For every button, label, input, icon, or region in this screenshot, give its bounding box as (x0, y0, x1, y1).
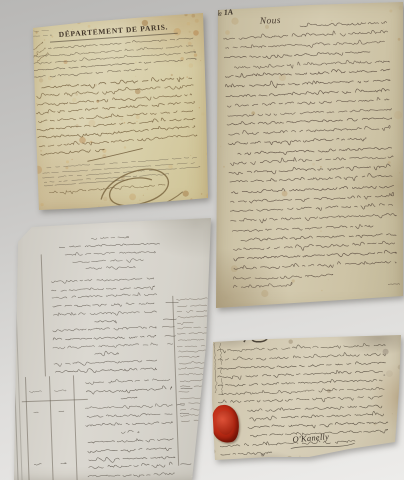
inventory-content (5, 212, 220, 480)
manuscript-document: № 1A Nous (215, 0, 404, 310)
signature-underline-flourish (289, 440, 359, 452)
signature-flourish (83, 159, 190, 214)
printed-form-content: DÉPARTEMENT DE PARIS. (20, 4, 218, 218)
printed-form-document: DÉPARTEMENT DE PARIS. (27, 10, 211, 212)
photo-of-documents: DÉPARTEMENT DE PARIS. № 1A (0, 0, 404, 480)
sealed-note-paper: O'Kanelly (209, 330, 402, 465)
manuscript-content: № 1A Nous (209, 0, 404, 314)
inventory-paper (10, 216, 216, 480)
column-entry (34, 460, 44, 469)
column-entry (60, 460, 70, 469)
catchword (388, 280, 404, 289)
column-header-label (53, 385, 71, 396)
column-entry (32, 409, 42, 418)
inventory-heading-lines (26, 231, 193, 279)
sealed-note-document: O'Kanelly (209, 330, 402, 465)
manuscript-paper: № 1A Nous (215, 0, 404, 310)
stacked-sheet-edge (13, 233, 23, 480)
sealed-note-content: O'Kanelly (207, 327, 404, 469)
manuscript-body-lines (220, 11, 403, 301)
column-header-rule (22, 399, 88, 402)
inventory-document (10, 216, 216, 480)
printed-form-paper: DÉPARTEMENT DE PARIS. (27, 10, 211, 212)
column-header-label (27, 386, 45, 397)
column-rule (73, 375, 78, 480)
inventory-upper-body (48, 274, 175, 378)
column-entry (58, 408, 68, 417)
